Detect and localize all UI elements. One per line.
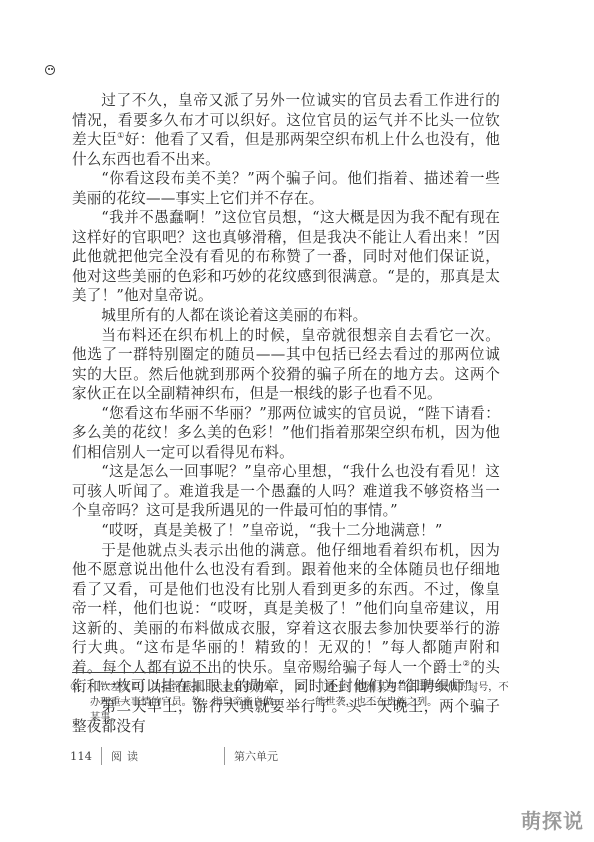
- paragraph-5: 当布料还在织布机上的时候，皇帝就很想亲自去看它一次。他选了一群特别圈定的随员——…: [72, 326, 500, 404]
- section-label: 阅读: [111, 748, 215, 764]
- paragraph-2: “你看这段布美不美？”两个骗子问。他们指着、描述着一些美丽的花纹——事实上它们并…: [72, 169, 500, 208]
- footnote-2-text: 〔爵士〕欧洲某些君主国中最低的封号，不能世袭，也不在贵族之列。: [315, 682, 509, 708]
- footnote-2: ② 〔爵士〕欧洲某些君主国中最低的封号，不能世袭，也不在贵族之列。: [295, 680, 510, 725]
- footnote-1-number: ①: [70, 680, 79, 695]
- footnote-ref-1[interactable]: ①: [117, 131, 125, 140]
- footnote-divider: [72, 672, 212, 673]
- footer-divider: [101, 747, 102, 765]
- footer-divider: [224, 747, 225, 765]
- page-number: 114: [70, 749, 92, 763]
- paragraph-8: “哎呀，真是美极了！”皇帝说，“我十二分地满意！”: [72, 521, 500, 541]
- paragraph-1: 过了不久，皇帝又派了另外一位诚实的官员去看工作进行的情况，看要多久布才可以织好。…: [72, 91, 500, 169]
- paragraph-9: 于是他就点头表示出他的满意。他仔细地看着织布机，因为他不愿意说出他什么也没有看到…: [72, 541, 500, 697]
- footnote-2-number: ②: [295, 680, 304, 695]
- paragraph-9-text-a: 于是他就点头表示出他的满意。他仔细地看着织布机，因为他不愿意说出他什么也没有看到…: [72, 542, 500, 676]
- unit-label: 第六单元: [234, 748, 278, 764]
- page-footer: 114 阅读 第六单元: [70, 748, 278, 764]
- footnote-1-text: 〔钦差大臣〕由皇帝派遣、代表皇帝出外办理重大事情的官员。钦，指皇帝亲自做某事。: [90, 682, 273, 723]
- smiley-face-icon: [45, 65, 55, 75]
- paragraph-4: 城里所有的人都在谈论着这美丽的布料。: [72, 306, 500, 326]
- footnotes: ① 〔钦差大臣〕由皇帝派遣、代表皇帝出外办理重大事情的官员。钦，指皇帝亲自做某事…: [70, 680, 510, 725]
- paragraph-1-text-b: 好：他看了又看，但是那两架空织布机上什么也没有，他什么东西也看不出来。: [72, 131, 500, 168]
- paragraph-3: “我并不愚蠢啊！”这位官员想，“这大概是因为我不配有现在这样好的官职吧？这也真够…: [72, 208, 500, 306]
- watermark: 萌探说: [521, 805, 584, 834]
- body-text: 过了不久，皇帝又派了另外一位诚实的官员去看工作进行的情况，看要多久布才可以织好。…: [72, 91, 500, 736]
- paragraph-7: “这是怎么一回事呢？”皇帝心里想，“我什么也没有看见！这可骇人听闻了。难道我是一…: [72, 462, 500, 521]
- footnote-1: ① 〔钦差大臣〕由皇帝派遣、代表皇帝出外办理重大事情的官员。钦，指皇帝亲自做某事…: [70, 680, 283, 725]
- paragraph-6: “您看这布华丽不华丽？”那两位诚实的官员说，“陛下请看：多么美的花纹！多么美的色…: [72, 404, 500, 463]
